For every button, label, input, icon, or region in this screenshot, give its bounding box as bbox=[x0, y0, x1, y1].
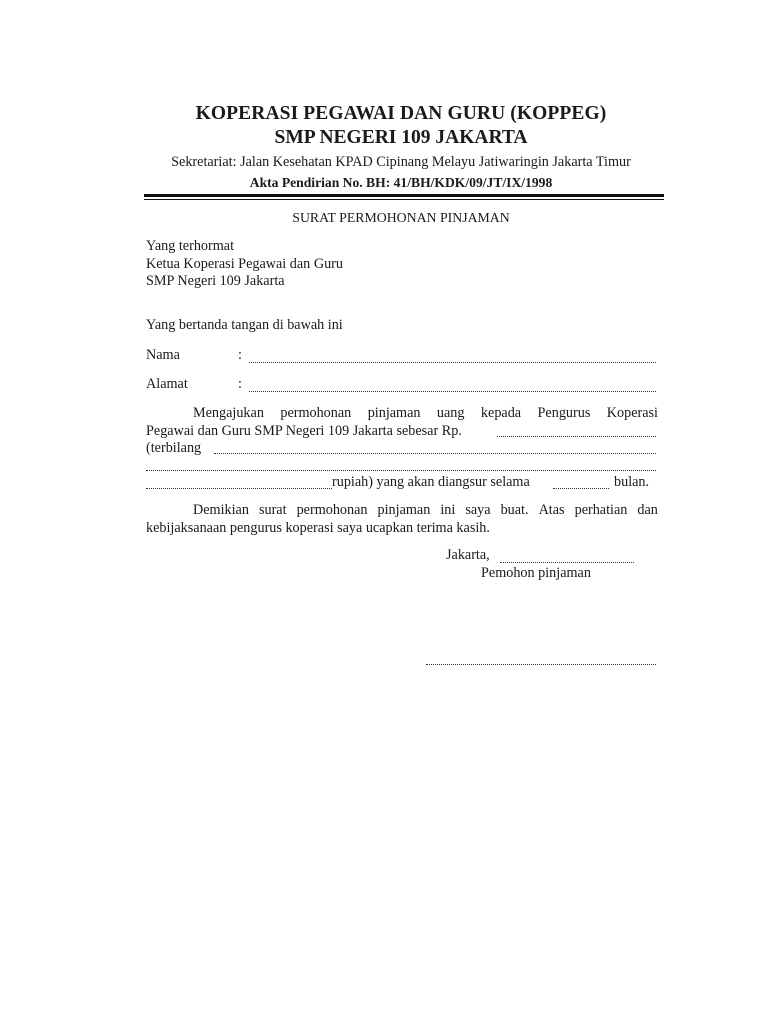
body1-word: uang bbox=[437, 405, 465, 422]
amount-words-fill-line-3[interactable] bbox=[146, 488, 332, 489]
body2-word: permohonan bbox=[297, 502, 368, 519]
letterhead-rule-thin bbox=[144, 199, 664, 200]
secretariat-address: Sekretariat: Jalan Kesehatan KPAD Cipina… bbox=[0, 154, 768, 171]
body2-line-2: kebijaksanaan pengurus koperasi saya uca… bbox=[146, 520, 490, 537]
body2-word: surat bbox=[259, 502, 287, 519]
recipient-line-3: SMP Negeri 109 Jakarta bbox=[146, 273, 285, 290]
school-name-heading: SMP NEGERI 109 JAKARTA bbox=[0, 127, 768, 149]
body2-word: ini bbox=[440, 502, 455, 519]
recipient-line-2: Ketua Koperasi Pegawai dan Guru bbox=[146, 256, 343, 273]
body2-word: buat. bbox=[501, 502, 529, 519]
field-label-alamat: Alamat bbox=[146, 376, 188, 393]
body2-word: Demikian bbox=[193, 502, 249, 519]
intro-text: Yang bertanda tangan di bawah ini bbox=[146, 317, 343, 334]
signer-role: Pemohon pinjaman bbox=[481, 565, 591, 582]
date-fill-line[interactable] bbox=[500, 562, 634, 563]
nama-fill-line[interactable] bbox=[249, 362, 656, 363]
body1-word: kepada bbox=[481, 405, 521, 422]
amount-words-fill-line-1[interactable] bbox=[214, 453, 656, 454]
field-separator-alamat: : bbox=[238, 376, 242, 393]
org-name-heading: KOPERASI PEGAWAI DAN GURU (KOPPEG) bbox=[0, 103, 768, 125]
body2-word: pinjaman bbox=[378, 502, 431, 519]
body1-word: Pengurus bbox=[538, 405, 591, 422]
letterhead-rule-thick bbox=[144, 194, 664, 197]
body1-word: Mengajukan bbox=[193, 405, 264, 422]
akta-pendirian: Akta Pendirian No. BH: 41/BH/KDK/09/JT/I… bbox=[0, 175, 768, 191]
body1-word: permohonan bbox=[280, 405, 351, 422]
body1-line-5a: rupiah) yang akan diangsur selama bbox=[332, 474, 530, 491]
body2-word: saya bbox=[465, 502, 490, 519]
body1-line-1: MengajukanpermohonanpinjamanuangkepadaPe… bbox=[193, 405, 658, 422]
amount-words-fill-line-2[interactable] bbox=[146, 470, 656, 471]
body1-line-2: Pegawai dan Guru SMP Negeri 109 Jakarta … bbox=[146, 423, 462, 440]
field-label-nama: Nama bbox=[146, 347, 180, 364]
document-page: KOPERASI PEGAWAI DAN GURU (KOPPEG) SMP N… bbox=[0, 0, 768, 1024]
signature-fill-line[interactable] bbox=[426, 664, 656, 665]
place-label: Jakarta, bbox=[446, 547, 490, 564]
body2-word: perhatian bbox=[575, 502, 628, 519]
body1-line-3: (terbilang bbox=[146, 440, 201, 457]
field-separator-nama: : bbox=[238, 347, 242, 364]
recipient-line-1: Yang terhormat bbox=[146, 238, 234, 255]
body2-word: dan bbox=[637, 502, 658, 519]
months-fill-line[interactable] bbox=[553, 488, 609, 489]
alamat-fill-line[interactable] bbox=[249, 391, 656, 392]
letter-title: SURAT PERMOHONAN PINJAMAN bbox=[0, 210, 768, 226]
body2-word: Atas bbox=[539, 502, 565, 519]
body1-line-5b: bulan. bbox=[614, 474, 649, 491]
body1-word: Koperasi bbox=[607, 405, 658, 422]
amount-fill-line[interactable] bbox=[497, 436, 656, 437]
body1-word: pinjaman bbox=[368, 405, 421, 422]
body2-line-1: Demikiansuratpermohonanpinjamaninisayabu… bbox=[193, 502, 658, 519]
